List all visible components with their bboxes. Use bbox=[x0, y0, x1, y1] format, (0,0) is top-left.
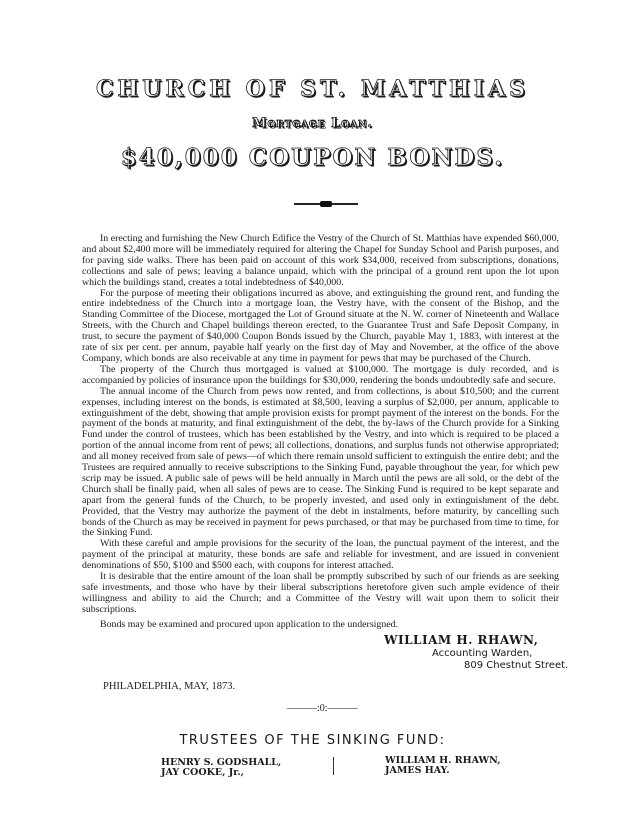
paragraph: Bonds may be examined and procured upon … bbox=[82, 620, 559, 631]
paragraph: For the purpose of meeting their obligat… bbox=[82, 289, 559, 365]
trustees-right-column: WILLIAM H. RHAWN, JAMES HAY. bbox=[385, 756, 501, 776]
paragraph: The annual income of the Church from pew… bbox=[82, 387, 559, 540]
trustee-name: JAMES HAY. bbox=[385, 766, 501, 776]
ornament-divider bbox=[294, 203, 358, 205]
bond-offering-heading: $40,000 COUPON BONDS. bbox=[0, 144, 625, 171]
document-page: CHURCH OF ST. MATTHIAS Mortgage Loan. $4… bbox=[0, 0, 625, 833]
place-date: PHILADELPHIA, MAY, 1873. bbox=[103, 681, 235, 692]
column-divider bbox=[333, 757, 334, 775]
signer-address: 809 Chestnut Street. bbox=[464, 660, 568, 671]
body-text: In erecting and furnishing the New Churc… bbox=[82, 234, 559, 631]
separator: ———:0:——— bbox=[287, 703, 358, 714]
document-title: CHURCH OF ST. MATTHIAS bbox=[0, 76, 625, 102]
paragraph: With these careful and ample provisions … bbox=[82, 539, 559, 572]
signer-name: WILLIAM H. RHAWN, bbox=[384, 633, 538, 647]
trustees-heading: TRUSTEES OF THE SINKING FUND: bbox=[0, 733, 625, 748]
paragraph: In erecting and furnishing the New Churc… bbox=[82, 234, 559, 289]
paragraph: It is desirable that the entire amount o… bbox=[82, 572, 559, 616]
paragraph: The property of the Church thus mortgage… bbox=[82, 365, 559, 387]
document-subtitle: Mortgage Loan. bbox=[0, 116, 625, 131]
trustee-name: JAY COOKE, Jr., bbox=[161, 768, 281, 778]
trustees-left-column: HENRY S. GODSHALL, JAY COOKE, Jr., bbox=[161, 758, 281, 778]
signer-role: Accounting Warden, bbox=[432, 648, 532, 659]
